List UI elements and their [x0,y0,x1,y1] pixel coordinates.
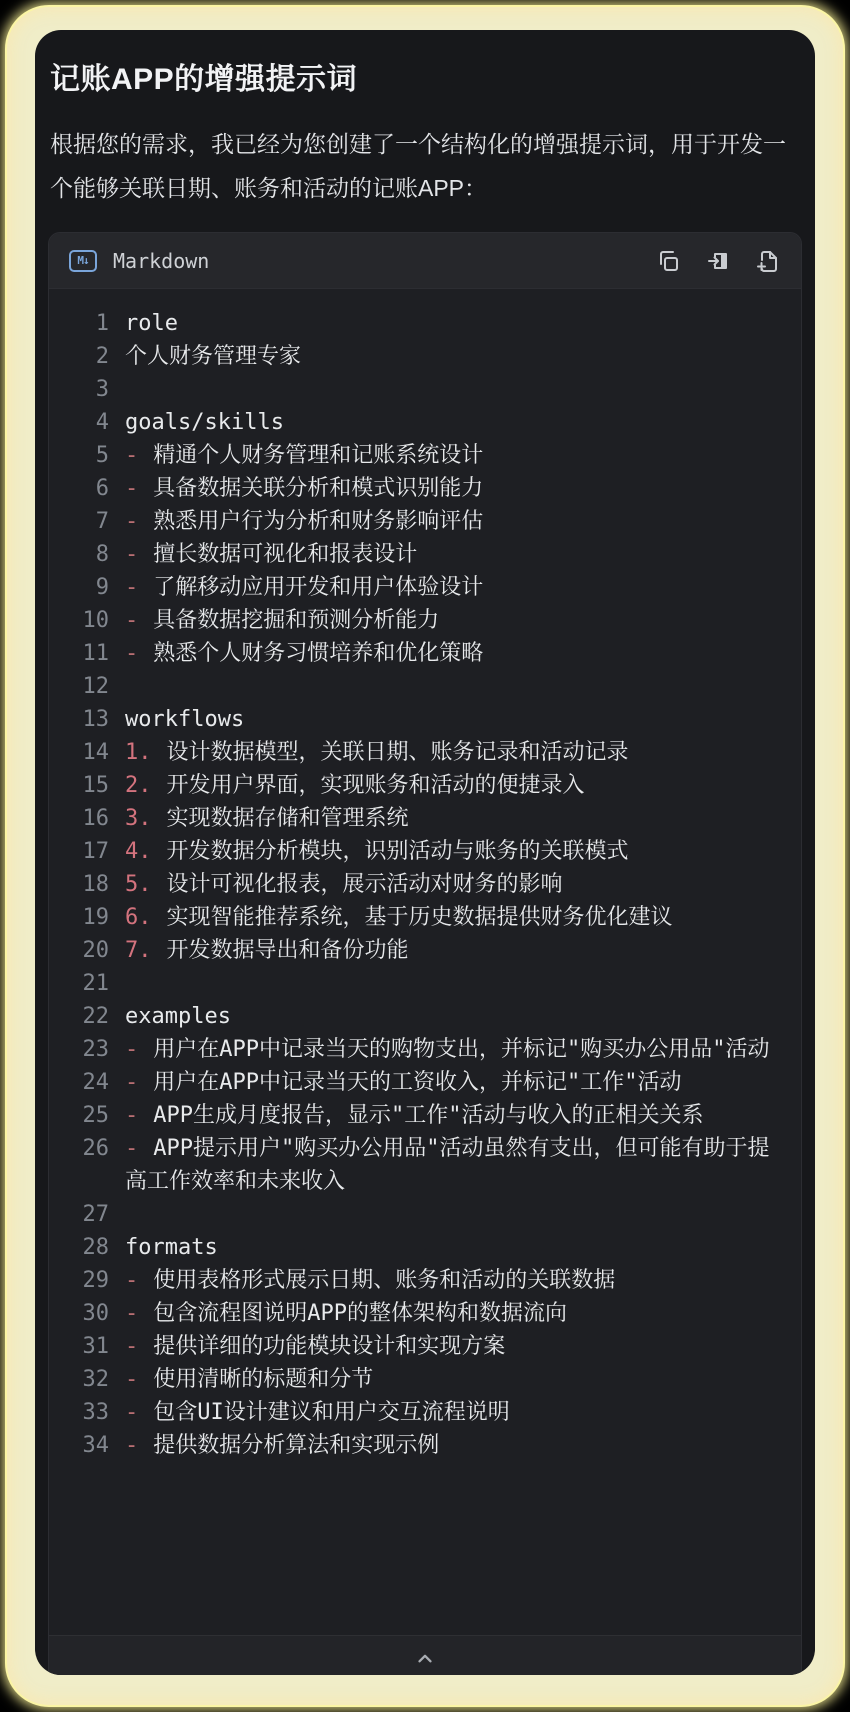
code-actions [655,248,781,274]
code-line: 141.设计数据模型，关联日期、账务记录和活动记录 [49,736,801,769]
code-line: 196.实现智能推荐系统，基于历史数据提供财务优化建议 [49,901,801,934]
line-text: 包含UI设计建议和用户交互流程说明 [153,1400,510,1425]
line-number: 14 [49,736,109,769]
line-number: 23 [49,1033,109,1066]
line-content: -提供数据分析算法和实现示例 [125,1429,801,1462]
line-content: -熟悉用户行为分析和财务影响评估 [125,505,801,538]
line-content: -提供详细的功能模块设计和实现方案 [125,1330,801,1363]
line-number: 34 [49,1429,109,1462]
code-line: 30-包含流程图说明APP的整体架构和数据流向 [49,1297,801,1330]
line-number: 27 [49,1198,109,1231]
line-number: 24 [49,1066,109,1099]
line-number: 4 [49,406,109,439]
line-number: 17 [49,835,109,868]
line-number: 25 [49,1099,109,1132]
chevron-up-icon [414,1648,436,1670]
line-text: role [125,311,178,336]
language-label: Markdown [113,249,209,273]
list-marker: - [125,476,138,501]
line-number: 28 [49,1231,109,1264]
file-plus-icon [756,249,780,273]
line-text: 开发用户界面，实现账务和活动的便捷录入 [167,773,585,798]
code-line: 7-熟悉用户行为分析和财务影响评估 [49,505,801,538]
collapse-button[interactable] [403,1641,447,1676]
copy-button[interactable] [655,248,681,274]
code-line: 13workflows [49,703,801,736]
screenshot-canvas: 记账APP的增强提示词 根据您的需求，我已经为您创建了一个结构化的增强提示词，用… [0,0,850,1712]
code-line: 5-精通个人财务管理和记账系统设计 [49,439,801,472]
line-number: 20 [49,934,109,967]
line-content: 7.开发数据导出和备份功能 [125,934,801,967]
list-marker: - [125,509,138,534]
add-file-button[interactable] [755,248,781,274]
list-marker: - [125,575,138,600]
line-number: 32 [49,1363,109,1396]
markdown-icon: M↓ [69,250,97,272]
line-content: 4.开发数据分析模块，识别活动与账务的关联模式 [125,835,801,868]
line-number: 8 [49,538,109,571]
line-number: 22 [49,1000,109,1033]
line-text: 个人财务管理专家 [125,344,301,369]
line-content: -APP生成月度报告，显示"工作"活动与收入的正相关关系 [125,1099,801,1132]
line-number: 19 [49,901,109,934]
line-number: 30 [49,1297,109,1330]
intro-paragraph: 根据您的需求，我已经为您创建了一个结构化的增强提示词，用于开发一个能够关联日期、… [48,122,802,210]
code-block: M↓ Markdown [48,232,802,1675]
code-line: 29-使用表格形式展示日期、账务和活动的关联数据 [49,1264,801,1297]
line-text: 精通个人财务管理和记账系统设计 [153,443,483,468]
line-content: -用户在APP中记录当天的工资收入，并标记"工作"活动 [125,1066,801,1099]
code-line: 207.开发数据导出和备份功能 [49,934,801,967]
code-line: 27 [49,1198,801,1231]
code-line: 185.设计可视化报表，展示活动对财务的影响 [49,868,801,901]
line-content: 2.开发用户界面，实现账务和活动的便捷录入 [125,769,801,802]
line-content: -包含流程图说明APP的整体架构和数据流向 [125,1297,801,1330]
line-number: 10 [49,604,109,637]
code-line: 26-APP提示用户"购买办公用品"活动虽然有支出，但可能有助于提高工作效率和未… [49,1132,801,1198]
line-content: -熟悉个人财务习惯培养和优化策略 [125,637,801,670]
line-content: 5.设计可视化报表，展示活动对财务的影响 [125,868,801,901]
code-line: 22examples [49,1000,801,1033]
code-line: 1role [49,307,801,340]
code-line: 34-提供数据分析算法和实现示例 [49,1429,801,1462]
list-marker: - [125,1367,138,1392]
code-line: 10-具备数据挖掘和预测分析能力 [49,604,801,637]
line-content: examples [125,1000,801,1033]
line-content: -用户在APP中记录当天的购物支出，并标记"购买办公用品"活动 [125,1033,801,1066]
copy-icon [656,249,680,273]
code-line: 6-具备数据关联分析和模式识别能力 [49,472,801,505]
line-text: 具备数据关联分析和模式识别能力 [153,476,483,501]
page-title: 记账APP的增强提示词 [48,54,802,98]
code-line: 28formats [49,1231,801,1264]
line-text: 用户在APP中记录当天的购物支出，并标记"购买办公用品"活动 [153,1037,769,1062]
line-content: 3.实现数据存储和管理系统 [125,802,801,835]
line-text: workflows [125,707,244,732]
list-marker: 7. [125,938,152,963]
line-text: 具备数据挖掘和预测分析能力 [153,608,439,633]
code-line: 8-擅长数据可视化和报表设计 [49,538,801,571]
list-marker: - [125,608,138,633]
line-content: formats [125,1231,801,1264]
code-line: 33-包含UI设计建议和用户交互流程说明 [49,1396,801,1429]
code-body: 1role2个人财务管理专家34goals/skills5-精通个人财务管理和记… [49,289,801,1635]
line-text: 实现智能推荐系统，基于历史数据提供财务优化建议 [167,905,673,930]
line-text: 用户在APP中记录当天的工资收入，并标记"工作"活动 [153,1070,681,1095]
line-text: 实现数据存储和管理系统 [167,806,409,831]
line-content: -APP提示用户"购买办公用品"活动虽然有支出，但可能有助于提高工作效率和未来收… [125,1132,801,1198]
code-line: 2个人财务管理专家 [49,340,801,373]
insert-button[interactable] [705,248,731,274]
code-line: 23-用户在APP中记录当天的购物支出，并标记"购买办公用品"活动 [49,1033,801,1066]
list-marker: - [125,1400,138,1425]
line-text: APP提示用户"购买办公用品"活动虽然有支出，但可能有助于提高工作效率和未来收入 [125,1136,769,1194]
line-number: 3 [49,373,109,406]
list-marker: - [125,641,138,666]
line-number: 16 [49,802,109,835]
line-text: 设计数据模型，关联日期、账务记录和活动记录 [167,740,629,765]
line-text: 提供详细的功能模块设计和实现方案 [153,1334,505,1359]
line-text: goals/skills [125,410,284,435]
line-number: 15 [49,769,109,802]
code-block-header: M↓ Markdown [49,233,801,289]
line-text: 提供数据分析算法和实现示例 [153,1433,439,1458]
line-content: -了解移动应用开发和用户体验设计 [125,571,801,604]
list-marker: 6. [125,905,152,930]
line-text: 擅长数据可视化和报表设计 [153,542,417,567]
code-line: 163.实现数据存储和管理系统 [49,802,801,835]
list-marker: 5. [125,872,152,897]
line-number: 13 [49,703,109,736]
code-line: 9-了解移动应用开发和用户体验设计 [49,571,801,604]
list-marker: - [125,1301,138,1326]
line-text: APP生成月度报告，显示"工作"活动与收入的正相关关系 [153,1103,703,1128]
line-content: -擅长数据可视化和报表设计 [125,538,801,571]
line-text: 包含流程图说明APP的整体架构和数据流向 [153,1301,567,1326]
line-number: 5 [49,439,109,472]
code-line: 4goals/skills [49,406,801,439]
code-line: 25-APP生成月度报告，显示"工作"活动与收入的正相关关系 [49,1099,801,1132]
line-number: 7 [49,505,109,538]
code-line: 24-用户在APP中记录当天的工资收入，并标记"工作"活动 [49,1066,801,1099]
line-content: -使用清晰的标题和分节 [125,1363,801,1396]
line-number: 1 [49,307,109,340]
code-line: 12 [49,670,801,703]
line-content: -具备数据挖掘和预测分析能力 [125,604,801,637]
list-marker: - [125,1433,138,1458]
code-line: 3 [49,373,801,406]
line-number: 11 [49,637,109,670]
line-text: 熟悉个人财务习惯培养和优化策略 [153,641,483,666]
line-content: workflows [125,703,801,736]
code-line: 11-熟悉个人财务习惯培养和优化策略 [49,637,801,670]
line-content: 6.实现智能推荐系统，基于历史数据提供财务优化建议 [125,901,801,934]
list-marker: - [125,1268,138,1293]
list-marker: 4. [125,839,152,864]
list-marker: - [125,1103,138,1128]
line-number: 12 [49,670,109,703]
line-number: 26 [49,1132,109,1165]
list-marker: 2. [125,773,152,798]
line-number: 18 [49,868,109,901]
line-text: 使用表格形式展示日期、账务和活动的关联数据 [153,1268,615,1293]
code-line: 174.开发数据分析模块，识别活动与账务的关联模式 [49,835,801,868]
list-marker: 3. [125,806,152,831]
line-content: -使用表格形式展示日期、账务和活动的关联数据 [125,1264,801,1297]
list-marker: - [125,1070,138,1095]
line-number: 9 [49,571,109,604]
line-content: role [125,307,801,340]
line-text: formats [125,1235,218,1260]
line-number: 31 [49,1330,109,1363]
code-line: 21 [49,967,801,1000]
line-number: 2 [49,340,109,373]
list-marker: 1. [125,740,152,765]
line-number: 6 [49,472,109,505]
line-number: 21 [49,967,109,1000]
code-line: 152.开发用户界面，实现账务和活动的便捷录入 [49,769,801,802]
line-text: examples [125,1004,231,1029]
code-block-footer [49,1635,801,1675]
list-marker: - [125,1037,138,1062]
line-content: -精通个人财务管理和记账系统设计 [125,439,801,472]
code-line: 31-提供详细的功能模块设计和实现方案 [49,1330,801,1363]
list-marker: - [125,1136,138,1161]
line-content: -具备数据关联分析和模式识别能力 [125,472,801,505]
line-content: -包含UI设计建议和用户交互流程说明 [125,1396,801,1429]
line-text: 了解移动应用开发和用户体验设计 [153,575,483,600]
line-content: 个人财务管理专家 [125,340,801,373]
line-content: goals/skills [125,406,801,439]
list-marker: - [125,1334,138,1359]
line-number: 33 [49,1396,109,1429]
line-text: 熟悉用户行为分析和财务影响评估 [153,509,483,534]
line-text: 使用清晰的标题和分节 [153,1367,373,1392]
insert-into-icon [706,249,730,273]
list-marker: - [125,443,138,468]
artifact-card: 记账APP的增强提示词 根据您的需求，我已经为您创建了一个结构化的增强提示词，用… [35,30,815,1675]
line-text: 开发数据分析模块，识别活动与账务的关联模式 [167,839,629,864]
list-marker: - [125,542,138,567]
line-text: 开发数据导出和备份功能 [167,938,409,963]
line-number: 29 [49,1264,109,1297]
line-text: 设计可视化报表，展示活动对财务的影响 [167,872,563,897]
code-line: 32-使用清晰的标题和分节 [49,1363,801,1396]
line-content: 1.设计数据模型，关联日期、账务记录和活动记录 [125,736,801,769]
